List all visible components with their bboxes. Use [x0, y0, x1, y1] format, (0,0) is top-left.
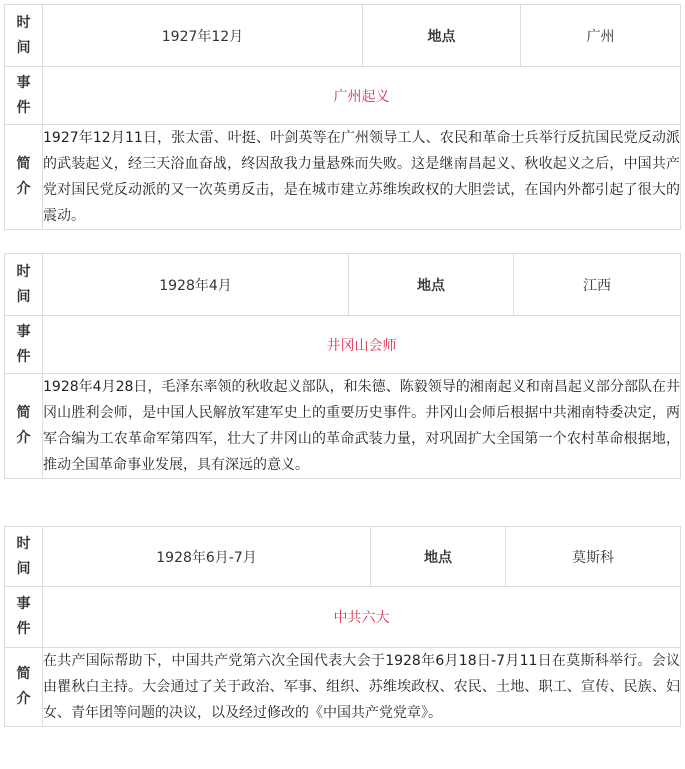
- summary-label: 简介: [5, 125, 43, 230]
- time-label: 时间: [5, 254, 43, 316]
- time-value: 1927年12月: [43, 5, 363, 67]
- summary-text: 1927年12月11日，张太雷、叶挺、叶剑英等在广州领导工人、农民和革命士兵举行…: [43, 125, 681, 230]
- place-label: 地点: [363, 5, 521, 67]
- event-table-sixth-congress: 时间 1928年6月-7月 地点 莫斯科 事件 中共六大 简介 在共产国际帮助下…: [4, 526, 681, 727]
- summary-text: 1928年4月28日，毛泽东率领的秋收起义部队，和朱德、陈毅领导的湘南起义和南昌…: [43, 374, 681, 479]
- event-label: 事件: [5, 316, 43, 374]
- place-value: 莫斯科: [506, 527, 681, 587]
- place-value: 江西: [514, 254, 681, 316]
- place-value: 广州: [521, 5, 681, 67]
- time-label: 时间: [5, 5, 43, 67]
- event-name-link[interactable]: 广州起义: [43, 67, 681, 125]
- event-row: 事件 井冈山会师: [5, 316, 681, 374]
- summary-text: 在共产国际帮助下，中国共产党第六次全国代表大会于1928年6月18日-7月11日…: [43, 648, 681, 727]
- event-table-jinggangshan: 时间 1928年4月 地点 江西 事件 井冈山会师 简介 1928年4月28日，…: [4, 253, 681, 479]
- event-row: 事件 广州起义: [5, 67, 681, 125]
- time-row: 时间 1927年12月 地点 广州: [5, 5, 681, 67]
- time-row: 时间 1928年4月 地点 江西: [5, 254, 681, 316]
- time-value: 1928年6月-7月: [43, 527, 371, 587]
- time-label: 时间: [5, 527, 43, 587]
- event-label: 事件: [5, 67, 43, 125]
- summary-row: 简介 1928年4月28日，毛泽东率领的秋收起义部队，和朱德、陈毅领导的湘南起义…: [5, 374, 681, 479]
- time-value: 1928年4月: [43, 254, 349, 316]
- summary-row: 简介 1927年12月11日，张太雷、叶挺、叶剑英等在广州领导工人、农民和革命士…: [5, 125, 681, 230]
- time-row: 时间 1928年6月-7月 地点 莫斯科: [5, 527, 681, 587]
- summary-label: 简介: [5, 648, 43, 727]
- event-table-guangzhou-uprising: 时间 1927年12月 地点 广州 事件 广州起义 简介 1927年12月11日…: [4, 4, 681, 230]
- event-name-link[interactable]: 中共六大: [43, 587, 681, 648]
- event-label: 事件: [5, 587, 43, 648]
- event-name-link[interactable]: 井冈山会师: [43, 316, 681, 374]
- summary-row: 简介 在共产国际帮助下，中国共产党第六次全国代表大会于1928年6月18日-7月…: [5, 648, 681, 727]
- place-label: 地点: [349, 254, 514, 316]
- summary-label: 简介: [5, 374, 43, 479]
- place-label: 地点: [371, 527, 506, 587]
- event-row: 事件 中共六大: [5, 587, 681, 648]
